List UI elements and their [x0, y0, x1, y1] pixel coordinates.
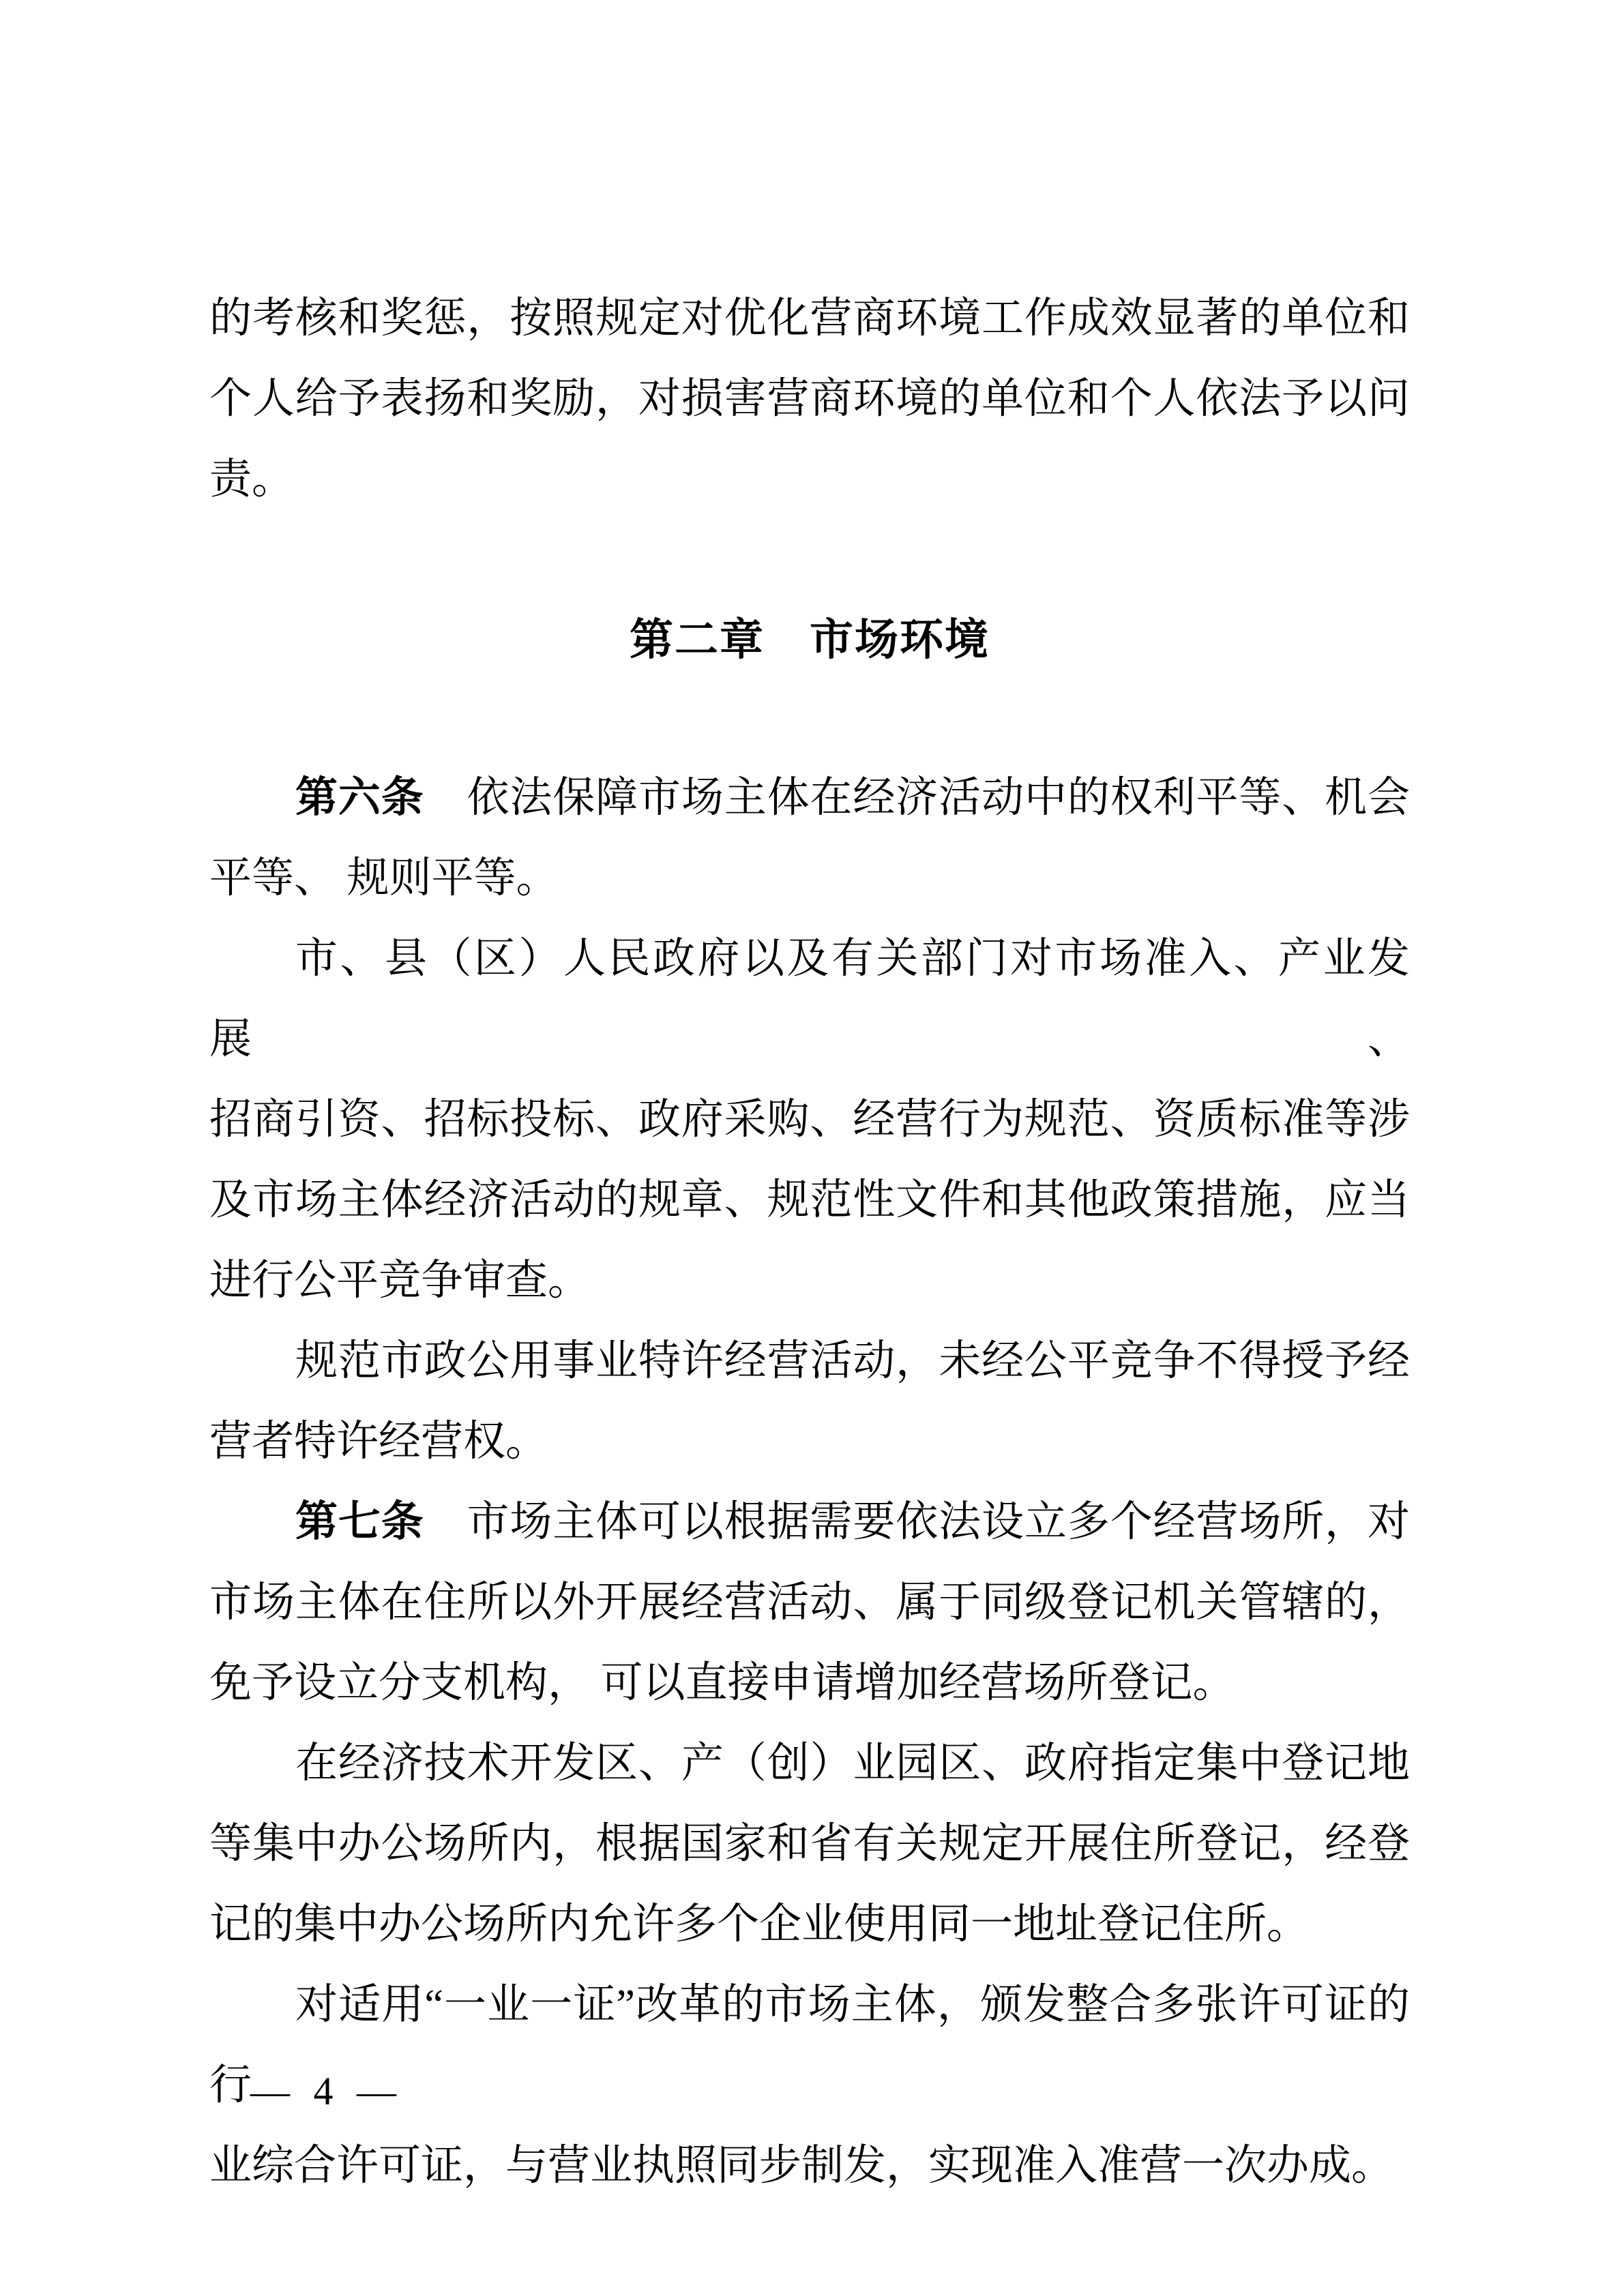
text-run: 市场主体可以根据需要依法设立多个经营场所，对 — [424, 1499, 1410, 1545]
text-line: 平等、 规则平等。 — [209, 838, 1410, 919]
article-number: 第六条 — [295, 774, 424, 821]
page-number: — 4 — — [250, 2051, 398, 2132]
text-line: 招商引资、招标投标、政府采购、经营行为规范、资质标准等涉 — [209, 1079, 1410, 1160]
articles-body: 第六条 依法保障市场主体在经济活动中的权利平等、机会 平等、 规则平等。 市、县… — [209, 758, 1410, 2206]
text-line: 规范市政公用事业特许经营活动，未经公平竞争不得授予经 — [209, 1321, 1410, 1401]
text-line: 市场主体在住所以外开展经营活动、属于同级登记机关管辖的， — [209, 1562, 1410, 1643]
text-line-article-7: 第七条 市场主体可以根据需要依法设立多个经营场所，对 — [209, 1482, 1410, 1562]
text-line: 市、县（区）人民政府以及有关部门对市场准入、产业发展、 — [209, 919, 1410, 1079]
paragraph-continued: 的考核和奖惩，按照规定对优化营商环境工作成效显著的单位和 个人给予表扬和奖励，对… — [209, 278, 1410, 520]
text-line: 及市场主体经济活动的规章、规范性文件和其他政策措施，应当 — [209, 1160, 1410, 1240]
text-run: 依法保障市场主体在经济活动中的权利平等、机会 — [424, 775, 1410, 821]
chapter-heading: 第二章 市场环境 — [209, 599, 1410, 680]
text-line: 业综合许可证，与营业执照同步制发，实现准入准营一次办成。 — [209, 2126, 1410, 2206]
document-page: 的考核和奖惩，按照规定对优化营商环境工作成效显著的单位和 个人给予表扬和奖励，对… — [0, 0, 1624, 2296]
text-line-article-6: 第六条 依法保障市场主体在经济活动中的权利平等、机会 — [209, 758, 1410, 838]
text-line: 在经济技术开发区、产（创）业园区、政府指定集中登记地 — [209, 1723, 1410, 1804]
text-line: 的考核和奖惩，按照规定对优化营商环境工作成效显著的单位和 — [209, 278, 1410, 359]
text-line: 营者特许经营权。 — [209, 1401, 1410, 1482]
text-line: 责。 — [209, 439, 1410, 520]
text-line: 免予设立分支机构， 可以直接申请增加经营场所登记。 — [209, 1643, 1410, 1723]
article-number: 第七条 — [295, 1498, 424, 1545]
text-line: 记的集中办公场所内允许多个企业使用同一地址登记住所。 — [209, 1884, 1410, 1965]
text-line: 进行公平竞争审查。 — [209, 1240, 1410, 1321]
text-line: 等集中办公场所内，根据国家和省有关规定开展住所登记，经登 — [209, 1804, 1410, 1884]
text-line: 个人给予表扬和奖励，对损害营商环境的单位和个人依法予以问 — [209, 359, 1410, 439]
